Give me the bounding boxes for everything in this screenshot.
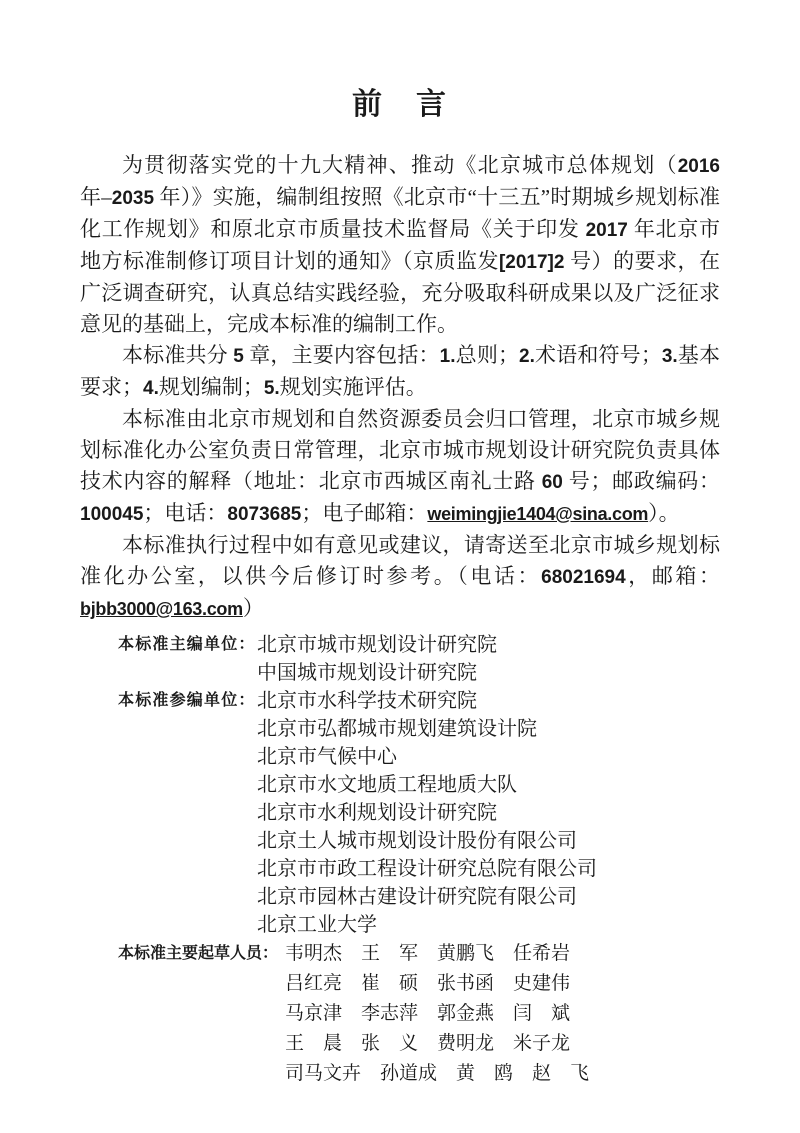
label-spacer bbox=[118, 715, 257, 743]
participating-unit-row: 北京土人城市规划设计股份有限公司 bbox=[118, 827, 720, 855]
drafter-names: 马京津 李志萍 郭金燕 闫 斌 bbox=[285, 999, 720, 1029]
label-spacer bbox=[118, 827, 257, 855]
label-spacer bbox=[118, 883, 257, 911]
unit-name: 北京市弘都城市规划建筑设计院 bbox=[257, 715, 720, 743]
drafter-names: 韦明杰 王 军 黄鹏飞 任希岩 bbox=[285, 939, 720, 969]
participating-unit-row: 北京市弘都城市规划建筑设计院 bbox=[118, 715, 720, 743]
participating-unit-row: 北京市水利规划设计研究院 bbox=[118, 799, 720, 827]
chief-unit-row: 本标准主编单位： 北京市城市规划设计研究院 bbox=[118, 631, 720, 659]
paragraph-feedback-text: 本标准执行过程中如有意见或建议，请寄送至北京市城乡规划标准化办公室，以供今后修订… bbox=[80, 533, 720, 588]
paragraph-feedback-close: ） bbox=[243, 596, 264, 620]
label-spacer bbox=[118, 771, 257, 799]
label-spacer bbox=[118, 911, 257, 939]
foreword-page: 前 言 为贯彻落实党的十九大精神、推动《北京城市总体规划（2016 年–2035… bbox=[0, 0, 800, 1133]
drafter-row: 吕红亮 崔 硕 张书函 史建伟 bbox=[118, 969, 720, 999]
label-spacer bbox=[118, 799, 257, 827]
participating-unit-row: 北京工业大学 bbox=[118, 911, 720, 939]
label-spacer bbox=[118, 1059, 285, 1089]
unit-name: 北京市水利规划设计研究院 bbox=[257, 799, 720, 827]
page-title: 前 言 bbox=[80, 86, 720, 124]
participating-unit-row: 北京市园林古建设计研究院有限公司 bbox=[118, 883, 720, 911]
unit-name: 北京市水文地质工程地质大队 bbox=[257, 771, 720, 799]
unit-name: 北京市城市规划设计研究院 bbox=[257, 631, 720, 659]
paragraph-chapters: 本标准共分 5 章，主要内容包括：1.总则；2.术语和符号；3.基本要求；4.规… bbox=[80, 340, 720, 404]
participating-unit-row: 北京市水文地质工程地质大队 bbox=[118, 771, 720, 799]
unit-name: 北京市市政工程设计研究总院有限公司 bbox=[257, 855, 720, 883]
participating-unit-row: 本标准参编单位： 北京市水科学技术研究院 bbox=[118, 687, 720, 715]
participating-unit-row: 北京市市政工程设计研究总院有限公司 bbox=[118, 855, 720, 883]
drafter-names: 吕红亮 崔 硕 张书函 史建伟 bbox=[285, 969, 720, 999]
label-spacer bbox=[118, 743, 257, 771]
editing-units-section: 本标准主编单位： 北京市城市规划设计研究院 中国城市规划设计研究院 本标准参编单… bbox=[118, 631, 720, 939]
unit-name: 北京市水科学技术研究院 bbox=[257, 687, 720, 715]
label-spacer bbox=[118, 659, 257, 687]
unit-name: 北京市园林古建设计研究院有限公司 bbox=[257, 883, 720, 911]
drafters-section: 本标准主要起草人员： 韦明杰 王 军 黄鹏飞 任希岩 吕红亮 崔 硕 张书函 史… bbox=[118, 939, 720, 1089]
unit-name: 北京工业大学 bbox=[257, 911, 720, 939]
drafter-row: 王 晨 张 义 费明龙 米子龙 bbox=[118, 1029, 720, 1059]
email-link-163[interactable]: bjbb3000@163.com bbox=[80, 599, 243, 619]
label-spacer bbox=[118, 1029, 285, 1059]
label-spacer bbox=[118, 969, 285, 999]
label-spacer bbox=[118, 855, 257, 883]
participating-units-label: 本标准参编单位： bbox=[118, 687, 257, 715]
paragraph-background: 为贯彻落实党的十九大精神、推动《北京城市总体规划（2016 年–2035 年）》… bbox=[80, 150, 720, 340]
chief-units-label: 本标准主编单位： bbox=[118, 631, 257, 659]
unit-name: 北京土人城市规划设计股份有限公司 bbox=[257, 827, 720, 855]
drafter-row: 本标准主要起草人员： 韦明杰 王 军 黄鹏飞 任希岩 bbox=[118, 939, 720, 969]
label-spacer bbox=[118, 999, 285, 1029]
participating-unit-row: 北京市气候中心 bbox=[118, 743, 720, 771]
drafters-label: 本标准主要起草人员： bbox=[118, 939, 285, 969]
unit-name: 中国城市规划设计研究院 bbox=[257, 659, 720, 687]
drafter-row: 马京津 李志萍 郭金燕 闫 斌 bbox=[118, 999, 720, 1029]
email-link-sina[interactable]: weimingjie1404@sina.com bbox=[427, 504, 648, 524]
unit-name: 北京市气候中心 bbox=[257, 743, 720, 771]
paragraph-management: 本标准由北京市规划和自然资源委员会归口管理，北京市城乡规划标准化办公室负责日常管… bbox=[80, 404, 720, 530]
chief-unit-row: 中国城市规划设计研究院 bbox=[118, 659, 720, 687]
paragraph-feedback: 本标准执行过程中如有意见或建议，请寄送至北京市城乡规划标准化办公室，以供今后修订… bbox=[80, 530, 720, 625]
drafter-row: 司马文卉 孙道成 黄 鸥 赵 飞 bbox=[118, 1059, 720, 1089]
foreword-body: 为贯彻落实党的十九大精神、推动《北京城市总体规划（2016 年–2035 年）》… bbox=[80, 150, 720, 625]
drafter-names: 王 晨 张 义 费明龙 米子龙 bbox=[285, 1029, 720, 1059]
drafter-names: 司马文卉 孙道成 黄 鸥 赵 飞 bbox=[285, 1059, 720, 1089]
paragraph-management-close: ）。 bbox=[648, 501, 680, 525]
